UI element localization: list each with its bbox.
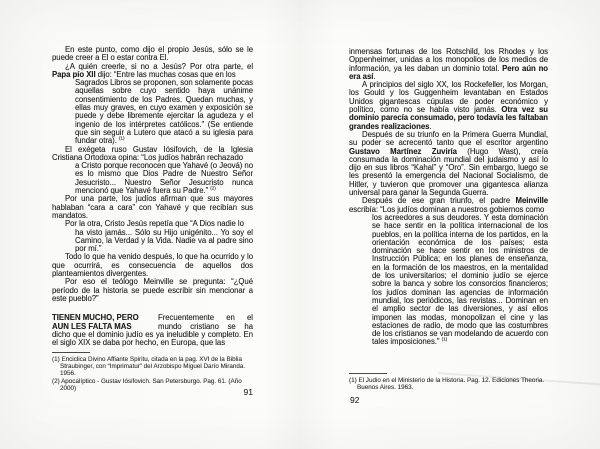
quote-block: Sagrados Libros se proponen, son solamen… xyxy=(75,79,253,145)
footnote-marker: (1) xyxy=(119,136,124,141)
paragraph: Por una parte, los judíos afirman que su… xyxy=(52,195,253,220)
paragraph: inmensas fortunas de los Rotschild, los … xyxy=(349,48,548,81)
footnote-marker: (2) xyxy=(210,185,215,190)
text-run: El exégeta ruso Gustav Iósifovich, de la… xyxy=(52,145,253,162)
text-run: Después de su triunfo en la Primera Guer… xyxy=(349,130,548,147)
text-run: Por eso el teólogo Meinville se pregunta… xyxy=(52,277,253,303)
footnote-marker: (1) xyxy=(442,337,447,342)
section: TIENEN MUCHO, PEROAUN LES FALTA MASFrecu… xyxy=(52,314,253,347)
paragraph: A principios del siglo XX, los Rockefell… xyxy=(349,81,548,131)
text-run: Por una parte, los judíos afirman que su… xyxy=(52,194,253,220)
footnote: (1) Enciclica Divino Affiante Spiritu, c… xyxy=(52,356,258,377)
paragraph: En este punto, como dijo el propio Jesús… xyxy=(52,46,253,63)
text-run: (Hugo Wast), creía consumada la dominaci… xyxy=(349,147,548,197)
paragraph: Todo lo que ha venido después, lo que ha… xyxy=(52,253,253,278)
book-spread: En este punto, como dijo el propio Jesús… xyxy=(0,0,600,449)
text-run: Todo lo que ha venido después, lo que ha… xyxy=(52,252,253,278)
text-run: ha visto jamás... Sólo su Hijo unigénito… xyxy=(75,228,253,254)
quote-block: ha visto jamás... Sólo su Hijo unigénito… xyxy=(75,229,253,254)
footnote-divider xyxy=(52,352,90,353)
right-page-footnotes: (1) El Judio en el Ministerio de la Hist… xyxy=(349,373,551,392)
footnote-divider xyxy=(349,373,387,374)
paragraph: ¿A quién creerle, si no a Jesús? Por otr… xyxy=(52,63,253,80)
page-number-right: 92 xyxy=(350,395,359,405)
quote-block: a Cristo porque reconocen que Yahavé (o … xyxy=(75,162,253,195)
paragraph: Después de su triunfo en la Primera Guer… xyxy=(349,131,548,197)
quote-block: los acreedores a sus deudores. Y esta do… xyxy=(372,214,548,347)
text-run: los acreedores a sus deudores. Y esta do… xyxy=(372,213,548,346)
left-page-body: En este punto, como dijo el propio Jesús… xyxy=(52,46,253,347)
text-run: En este punto, como dijo el propio Jesús… xyxy=(52,46,253,62)
text-run: Sagrados Libros se proponen, son solamen… xyxy=(75,78,253,145)
paragraph: El exégeta ruso Gustav Iósifovich, de la… xyxy=(52,146,253,163)
section-heading: TIENEN MUCHO, PEROAUN LES FALTA MAS xyxy=(52,314,158,331)
paragraph: Después de ese gran triunfo, el padre Me… xyxy=(349,197,548,214)
page-number-left: 91 xyxy=(52,387,253,397)
right-page-body: inmensas fortunas de los Rotschild, los … xyxy=(349,48,548,347)
paragraph: Por eso el teólogo Meinville se pregunta… xyxy=(52,278,253,303)
text-run: a Cristo porque reconocen que Yahavé (o … xyxy=(75,161,253,195)
